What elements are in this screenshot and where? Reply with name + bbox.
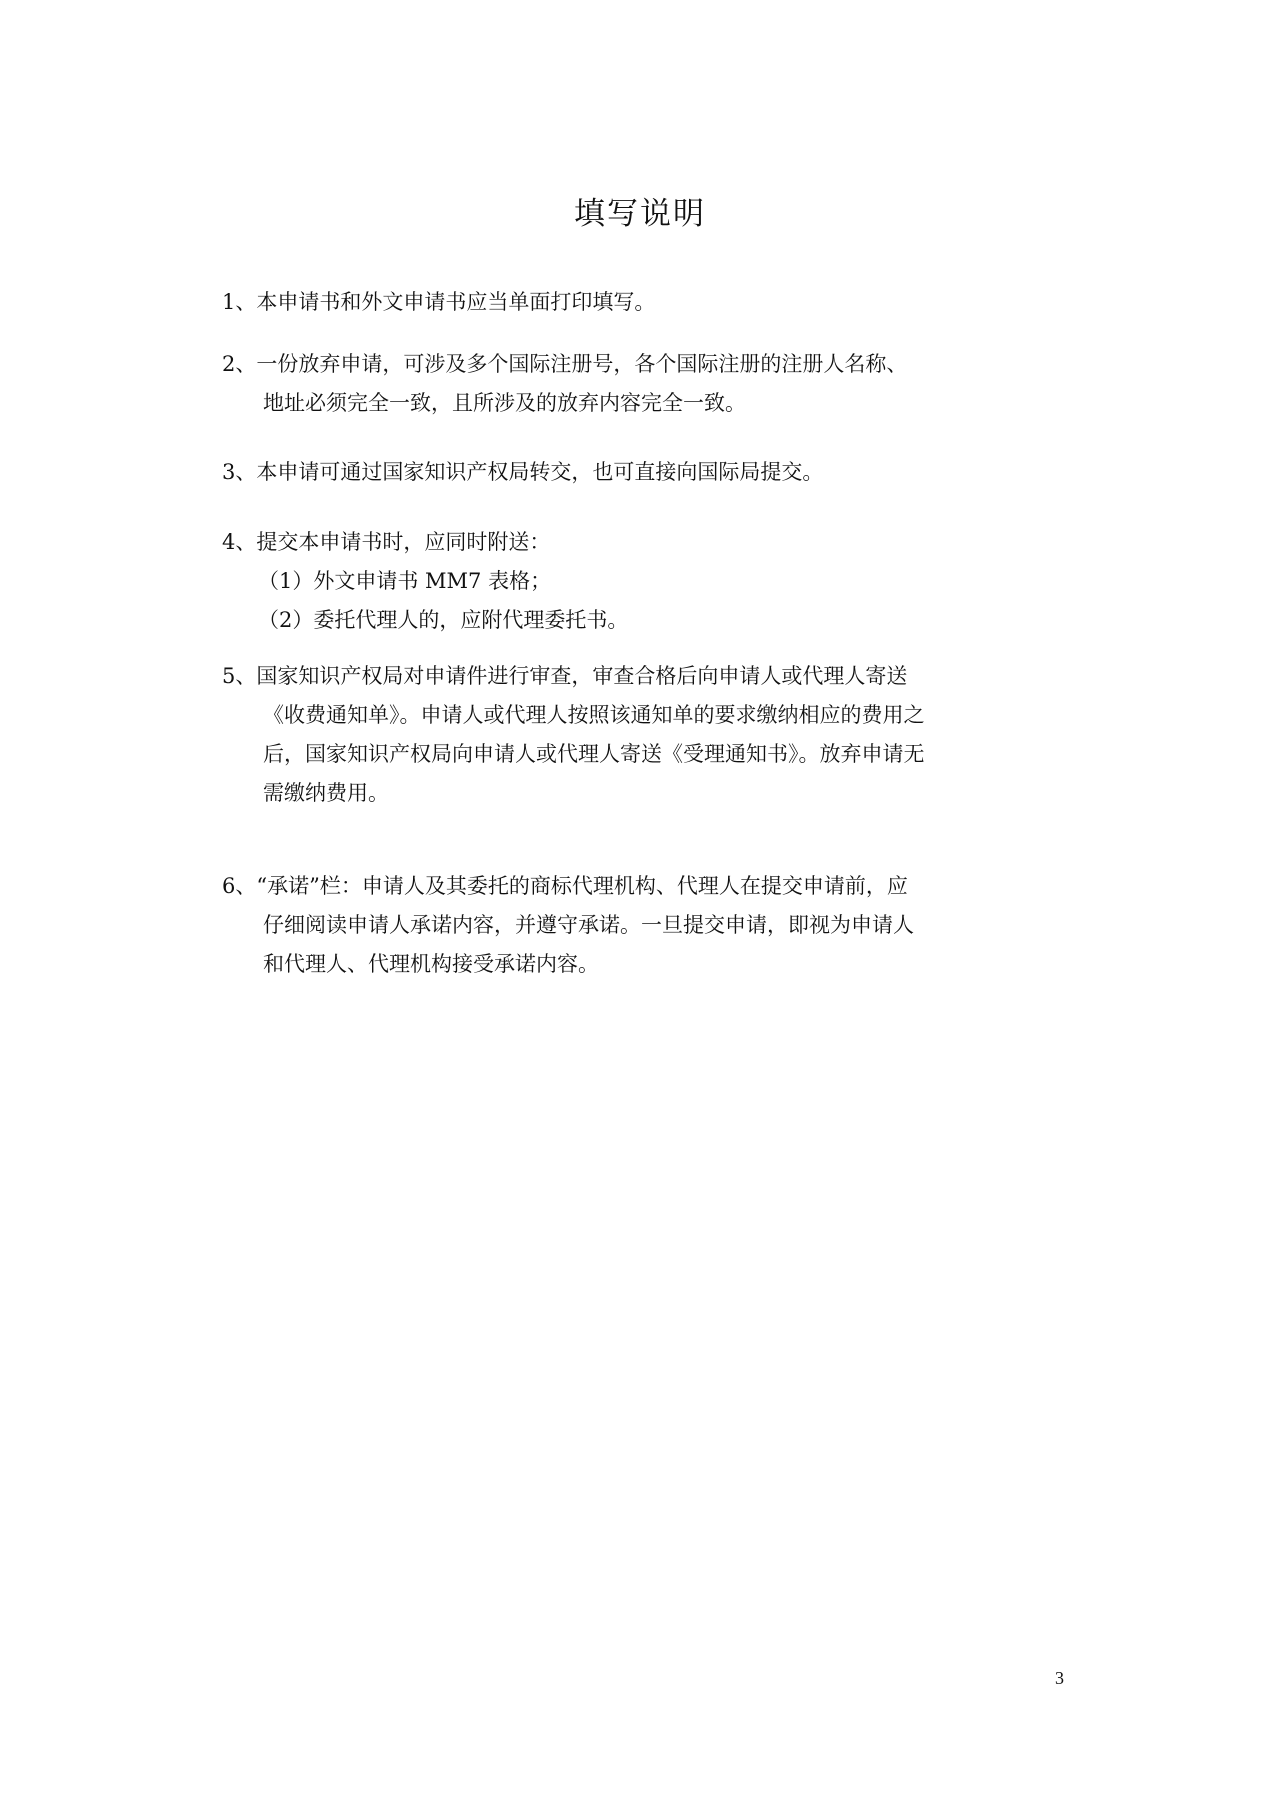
instruction-line: 2、一份放弃申请，可涉及多个国际注册号，各个国际注册的注册人名称、 bbox=[222, 345, 1082, 384]
instruction-subline: （2）委托代理人的，应附代理委托书。 bbox=[222, 601, 1082, 640]
page-number: 3 bbox=[1055, 1668, 1064, 1689]
instruction-line: 1、本申请书和外文申请书应当单面打印填写。 bbox=[222, 283, 1082, 322]
instruction-line: 后，国家知识产权局向申请人或代理人寄送《受理通知书》。放弃申请无 bbox=[222, 735, 1082, 774]
instruction-item-3: 3、本申请可通过国家知识产权局转交，也可直接向国际局提交。 bbox=[222, 453, 1082, 492]
page-title: 填写说明 bbox=[0, 188, 1280, 233]
instruction-line: 仔细阅读申请人承诺内容，并遵守承诺。一旦提交申请，即视为申请人 bbox=[222, 906, 1082, 945]
instruction-line: 4、提交本申请书时，应同时附送： bbox=[222, 523, 1082, 562]
instruction-line: 和代理人、代理机构接受承诺内容。 bbox=[222, 945, 1082, 984]
instruction-item-4: 4、提交本申请书时，应同时附送： （1）外文申请书 MM7 表格； （2）委托代… bbox=[222, 523, 1082, 640]
instruction-line: 5、国家知识产权局对申请件进行审查，审查合格后向申请人或代理人寄送 bbox=[222, 657, 1082, 696]
instruction-line: 《收费通知单》。申请人或代理人按照该通知单的要求缴纳相应的费用之 bbox=[222, 696, 1082, 735]
instruction-item-2: 2、一份放弃申请，可涉及多个国际注册号，各个国际注册的注册人名称、 地址必须完全… bbox=[222, 345, 1082, 423]
instruction-subline: （1）外文申请书 MM7 表格； bbox=[222, 562, 1082, 601]
instruction-item-1: 1、本申请书和外文申请书应当单面打印填写。 bbox=[222, 283, 1082, 322]
instruction-item-6: 6、“承诺”栏：申请人及其委托的商标代理机构、代理人在提交申请前，应 仔细阅读申… bbox=[222, 867, 1082, 984]
instruction-line: 3、本申请可通过国家知识产权局转交，也可直接向国际局提交。 bbox=[222, 453, 1082, 492]
instruction-item-5: 5、国家知识产权局对申请件进行审查，审查合格后向申请人或代理人寄送 《收费通知单… bbox=[222, 657, 1082, 813]
instruction-line: 6、“承诺”栏：申请人及其委托的商标代理机构、代理人在提交申请前，应 bbox=[222, 867, 1082, 906]
instruction-line: 地址必须完全一致，且所涉及的放弃内容完全一致。 bbox=[222, 384, 1082, 423]
instruction-line: 需缴纳费用。 bbox=[222, 774, 1082, 813]
